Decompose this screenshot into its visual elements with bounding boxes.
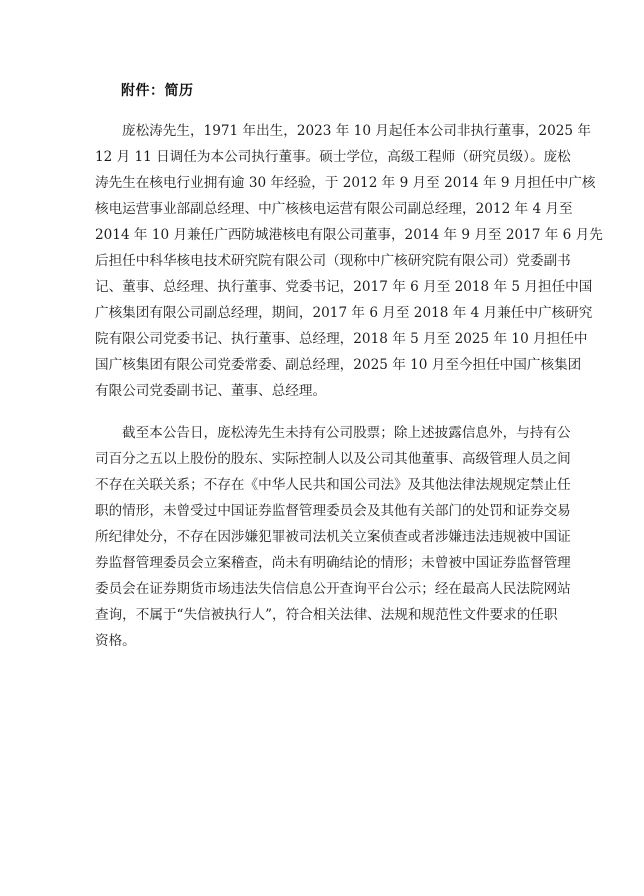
- paragraph-1-line-5: 2014 年 10 月兼任广西防城港核电有限公司董事，2014 年 9 月至 2…: [95, 225, 546, 245]
- paragraph-1-line-3: 涛先生在核电行业拥有逾 30 年经验，于 2012 年 9 月至 2014 年 …: [95, 173, 546, 193]
- document-page: 附件：简历 庞松涛先生，1971 年出生，2023 年 10 月起任本公司非执行…: [0, 0, 644, 896]
- paragraph-1-line-7: 记、董事、总经理、执行董事、党委书记，2017 年 6 月至 2018 年 5 …: [95, 277, 546, 297]
- paragraph-1-line-4: 核电运营事业部副总经理、中广核核电运营有限公司副总经理，2012 年 4 月至: [95, 199, 546, 219]
- paragraph-1-line-1: 庞松涛先生，1971 年出生，2023 年 10 月起任本公司非执行董事，202…: [122, 121, 546, 141]
- attachment-title: 附件：简历: [121, 81, 194, 101]
- paragraph-1-line-8: 广核集团有限公司副总经理，期间，2017 年 6 月至 2018 年 4 月兼任…: [95, 303, 546, 323]
- paragraph-2-line-6: 券监督管理委员会立案稽查，尚未有明确结论的情形；未曾被中国证券监督管理: [95, 553, 546, 573]
- paragraph-2-line-9: 资格。: [95, 631, 546, 651]
- paragraph-2-line-7: 委员会在证券期货市场违法失信信息公开查询平台公示；经在最高人民法院网站: [95, 579, 546, 599]
- paragraph-1-line-6: 后担任中科华核电技术研究院有限公司（现称中广核研究院有限公司）党委副书: [95, 251, 546, 271]
- paragraph-2-line-8: 查询，不属于“失信被执行人”，符合相关法律、法规和规范性文件要求的任职: [95, 605, 546, 625]
- paragraph-1-line-11: 有限公司党委副书记、董事、总经理。: [95, 381, 546, 401]
- paragraph-1-line-9: 院有限公司党委书记、执行董事、总经理，2018 年 5 月至 2025 年 10…: [95, 329, 546, 349]
- paragraph-2-line-4: 职的情形，未曾受过中国证券监督管理委员会及其他有关部门的处罚和证券交易: [95, 501, 546, 521]
- paragraph-2-line-5: 所纪律处分，不存在因涉嫌犯罪被司法机关立案侦查或者涉嫌违法违规被中国证: [95, 527, 546, 547]
- paragraph-2-line-2: 司百分之五以上股份的股东、实际控制人以及公司其他董事、高级管理人员之间: [95, 449, 546, 469]
- paragraph-1-line-2: 12 月 11 日调任为本公司执行董事。硕士学位，高级工程师（研究员级）。庞松: [95, 147, 546, 167]
- paragraph-2-line-3: 不存在关联关系；不存在《中华人民共和国公司法》及其他法律法规规定禁止任: [95, 475, 546, 495]
- paragraph-1-line-10: 国广核集团有限公司党委常委、副总经理，2025 年 10 月至今担任中国广核集团: [95, 355, 546, 375]
- paragraph-2-line-1: 截至本公告日，庞松涛先生未持有公司股票；除上述披露信息外，与持有公: [122, 423, 546, 443]
